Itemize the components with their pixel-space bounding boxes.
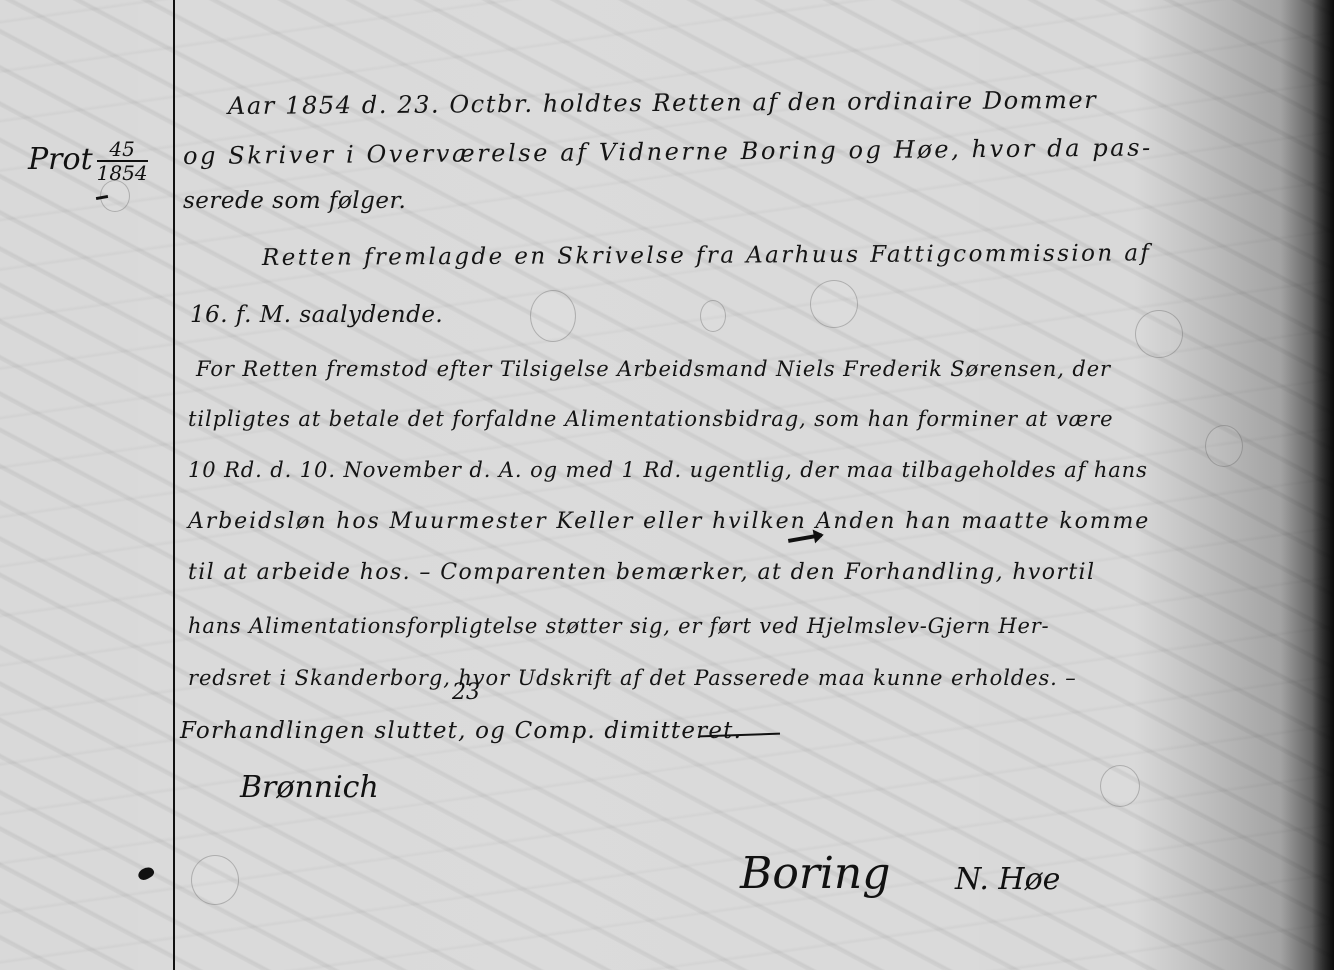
margin-case-reference: Prot451854 <box>28 138 148 184</box>
attestation-signature: Brønnich <box>240 770 379 805</box>
manuscript-page: Prot451854 Aar 1854 d. 23. Octbr. holdte… <box>0 0 1334 970</box>
stain-ring <box>1135 310 1183 358</box>
text-line-5: 16. f. M. saalydende. <box>190 302 443 328</box>
text-line-1: Aar 1854 d. 23. Octbr. holdtes Retten af… <box>228 86 1098 120</box>
text-line-8: 10 Rd. d. 10. November d. A. og med 1 Rd… <box>188 458 1148 482</box>
signature-hoe: N. Høe <box>955 862 1060 897</box>
page-edge-shadow <box>1312 0 1334 970</box>
text-line-12: redsret i Skanderborg, hvor Udskrift af … <box>188 666 1077 690</box>
text-line-10: til at arbeide hos. – Comparenten bemærk… <box>188 560 1095 585</box>
case-number: 45 <box>97 138 148 162</box>
stain-ring <box>530 290 576 342</box>
signature-boring: Boring <box>740 848 890 899</box>
stain-ring <box>810 280 858 328</box>
text-line-11: hans Alimentationsforpligtelse støtter s… <box>188 614 1049 638</box>
inserted-number: 23 <box>452 680 480 705</box>
text-line-13: Forhandlingen sluttet, og Comp. dimitter… <box>180 718 742 744</box>
text-line-7: tilpligtes at betale det forfaldne Alime… <box>188 407 1114 431</box>
stain-ring <box>191 855 239 905</box>
margin-rule-line <box>173 0 175 970</box>
text-line-6: For Retten fremstod efter Tilsigelse Arb… <box>196 357 1111 381</box>
text-line-2: og Skriver i Overværelse af Vidnerne Bor… <box>183 134 1153 170</box>
margin-prefix: Prot <box>28 142 93 177</box>
ink-blot <box>136 865 155 883</box>
stain-ring <box>1100 765 1140 807</box>
text-line-3: serede som følger. <box>183 188 406 214</box>
insertion-arrow-icon <box>788 533 822 543</box>
text-line-4: Retten fremlagde en Skrivelse fra Aarhuu… <box>262 240 1151 271</box>
text-line-9: Arbeidsløn hos Muurmester Keller eller h… <box>188 509 1150 534</box>
case-fraction: 451854 <box>97 138 148 184</box>
stain-ring <box>700 300 726 332</box>
case-year: 1854 <box>97 162 148 184</box>
stain-ring <box>1205 425 1243 467</box>
